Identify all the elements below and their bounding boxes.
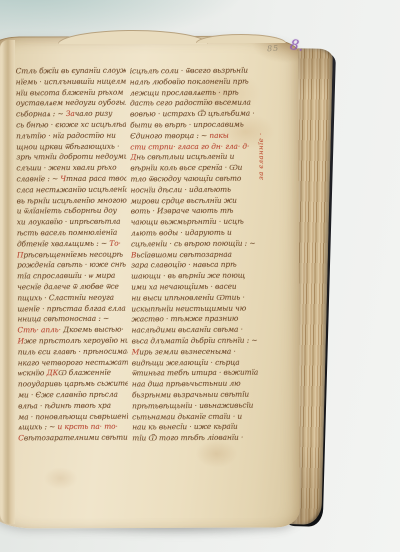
ink-text-run: ми · Єже славнїю прѣсла <box>18 390 118 400</box>
ink-text-run: тїи Ѿ того тѣбѣ ліованїи · <box>132 433 243 443</box>
manuscript-line: сьтьнамаи дьканїе стаїи · и <box>132 411 258 423</box>
ink-text-run: хи лоукавїю · ипрѣсвѣтла <box>17 217 121 227</box>
ink-text-run: пооударивь царѣмь сьжителїе <box>18 379 128 389</box>
ink-text-run: искыпѣнїи неистьщимыи чю <box>131 303 246 313</box>
ink-text-run: нїи высота блженїи рѣхом · <box>16 87 126 97</box>
ink-text-run: лежщи прославлѧеть · прѣ <box>130 87 239 97</box>
manuscript-photo: Стль бжїи вь єупанїи слоуженїемь · исплъ… <box>0 0 400 552</box>
ink-text-run: пиль єси главѣ · прѣносимаа <box>18 346 128 356</box>
ink-text-run: и ѿлїанїеть сьборнѣи доу <box>17 206 117 216</box>
manuscript-line: Єдиного творца : ~ пакы <box>130 130 256 142</box>
ink-text-run: чало ризу <box>75 109 113 118</box>
ink-text-run: тїа спрославшїи · ѡ мира <box>17 271 115 281</box>
manuscript-line: видѣщи желающїи · сѣрца <box>132 357 258 369</box>
ink-text-run: быти вь вѣрѣ · ипрославимь <box>130 120 244 130</box>
manuscript-line: искыпѣнїи неистьщимыи чю <box>131 303 257 315</box>
manuscript-line: ісцѣлѣ соли · ѿвсего вьзрѣнїи <box>130 66 256 78</box>
manuscript-line: сь бнѣю · єюже хс исцѣлѣаше <box>16 120 126 132</box>
ink-text-run: слъши · жени хвали рѣхо <box>16 163 116 173</box>
manuscript-line: лежщи прославлѧеть · прѣ <box>130 87 256 99</box>
manuscript-line: слъши · жени хвали рѣхо <box>16 163 126 175</box>
manuscript-line: сьборнаѧ : ~ Зачало ризу <box>16 109 126 121</box>
ink-text-run: же прѣстолѣ хероувїю нии <box>24 336 128 346</box>
manuscript-line: Свѣтозарателними свѣти <box>18 433 128 445</box>
manuscript-line: сцѣленїи · сь вѣрою поющїи : ~ <box>131 238 257 250</box>
ink-text-run: шающи · вь вѣрнїи же поющ <box>131 271 245 281</box>
manuscript-line: нкаго четворого нестѧжателѣ <box>18 357 128 369</box>
ink-text-run: чеснїе далече ѿ любве ѿсе <box>17 282 119 292</box>
manuscript-line: чающи вьжмьрѣнтїи · исцѣ <box>131 217 257 229</box>
manuscript-line: Иже прѣстолѣ хероувїю нии <box>18 336 128 348</box>
ink-text-run: вьса длъматїа дьбрїи спѣнїи : ~ <box>132 335 258 345</box>
manuscript-line: нїи высота блженїи рѣхом · <box>16 87 126 99</box>
manuscript-line: тїи Ѿ того тѣбѣ ліованїи · <box>132 433 258 445</box>
manuscript-line: тїа спрославшїи · ѡ мира <box>17 271 127 283</box>
ink-text-run: сьтьнамаи дьканїе стаїи · и <box>132 411 242 421</box>
folio-number-pencil: 85 <box>267 44 280 54</box>
rubric-text-run: сти стрпи· гласа го дн· гла· д· <box>130 141 249 151</box>
manuscript-line: оуставлѧем недоуги оубогымь <box>16 98 126 110</box>
manuscript-line: наслѣдими вьсланїи свѣма · <box>131 325 257 337</box>
ink-text-run: чающи вьжмьрѣнтїи · исцѣ <box>131 217 244 227</box>
manuscript-line: ѡскнїю ДКѠ блаженнїе <box>18 368 128 380</box>
manuscript-line: влѣа · ѣдинѣ твоѣ хра <box>18 400 128 412</box>
ink-text-run: ими ха нечающїимь · васеи <box>131 282 236 292</box>
manuscript-line: плътїю · нїа радостїю ни <box>16 130 126 142</box>
manuscript-line: Днь свѣтлыи исцѣленїи и <box>130 152 256 164</box>
ink-text-run: мирови срдце вьсѣлнїи жи <box>131 195 237 205</box>
manuscript-line: ѣсть васель помнюліенїа <box>17 228 127 240</box>
manuscript-line: слса нестѧжанїю исцѣленїа · <box>17 184 127 196</box>
ink-text-run: Єдиного творца : ~ <box>130 131 209 141</box>
manuscript-line: нница свѣтоноснаа : ~ <box>17 314 127 326</box>
manuscript-line: чеснїе далече ѿ любве ѿсе <box>17 282 127 294</box>
ink-text-run: пщихь · Сластнїи неоуга <box>17 292 114 302</box>
ink-text-run: ма · поновлѣющи сьврьшенїа <box>18 411 128 421</box>
ink-text-run: оуставлѧем недоуги оубогымь <box>16 98 126 108</box>
ink-text-run: наи кь вьнесїи · иже кьраїи <box>132 422 238 432</box>
text-column-right: ісцѣлѣ соли · ѿвсего вьзрѣнїиналѣ любовї… <box>130 66 259 445</box>
ink-text-run: воть · Извраче чають тѣ <box>131 206 234 216</box>
ink-text-run: наслѣдими вьсланїи свѣма · <box>131 325 242 335</box>
manuscript-line: ми · Єже славнїю прѣсла <box>18 390 128 402</box>
ink-text-run: лѧють воды · идарують и <box>131 228 232 238</box>
rubric-text-run: М <box>132 347 140 356</box>
manuscript-line: зрѣ чтнїи доброти недоуми <box>16 152 126 164</box>
rubric-text-run: и крсть па· то· <box>57 422 117 431</box>
manuscript-line: наи кь вьнесїи · иже кьраїи <box>132 422 258 434</box>
manuscript-line: ни выси ипѣновленїи Ѡтиь · <box>131 292 257 304</box>
manuscript-line: ма · поновлѣющи сьврьшенїа <box>18 411 128 423</box>
manuscript-line: шенїе · прѣстаа блгаа єлла <box>17 303 127 315</box>
ink-text-run: дбтенїе хвалѧщимь : ~ <box>17 238 109 248</box>
ink-text-run: носнїи дѣсли · идалѣють <box>131 185 231 195</box>
ink-text-run: видѣщи желающїи · сѣрца <box>132 357 240 367</box>
manuscript-line: сти стрпи· гласа го дн· гла· д· <box>130 141 256 153</box>
ink-text-run: бьзрѣнми вьзрачьныи свѣтїи <box>132 390 249 400</box>
manuscript-line: и ѿлїанїеть сьборнѣи доу <box>17 206 127 218</box>
manuscript-line: шающи · вь вѣрнїи же поющ <box>131 271 257 283</box>
ink-text-run: ѣсть васель помнюліенїа <box>17 228 117 238</box>
manuscript-line: прѣтьвѣщьнїи · ивьнаживьсїи <box>132 400 258 412</box>
ink-text-run: тнаа раса твоа <box>66 174 126 183</box>
ink-text-run: прѣтьвѣщьнїи · ивьнаживьсїи <box>132 400 253 410</box>
manuscript-line: быти вь вѣрѣ · ипрославимь <box>130 120 256 132</box>
ink-text-run: нкаго четворого нестѧжателѣ <box>18 357 128 367</box>
manuscript-line: вьса длъматїа дьбрїи спѣнїи : ~ <box>132 335 258 347</box>
ink-text-run: наа дша прѣвьчьстьнии лю <box>132 379 241 389</box>
rubric-text-run: Стѣ· апль· <box>17 325 63 334</box>
manuscript-line: пщихь · Сластнїи неоуга <box>17 292 127 304</box>
marginal-note-red: за єланнїе · <box>257 132 265 180</box>
manuscript-line: бьзрѣнми вьзрачьныи свѣтїи <box>132 389 258 401</box>
manuscript-line: нїемь · исплънившїи ницелм <box>16 76 126 88</box>
ink-text-run: жаство · тѣмже празнию <box>131 314 238 324</box>
ink-text-run: Дкоемь высѣю· <box>63 325 124 334</box>
ink-text-run: нница свѣтоноснаа : ~ <box>17 314 109 324</box>
ink-text-run: ирь земли вьзнесеныма · <box>139 346 236 356</box>
page-top-edge-wave <box>58 30 208 44</box>
manuscript-line: щнои цркви ѿбѣгающихь · <box>16 141 126 153</box>
manuscript-line: ими ха нечающїимь · васеи <box>131 281 257 293</box>
manuscript-line: ѧщихь : ~ и крсть па· то· <box>18 422 128 434</box>
rubric-text-run: ДК <box>47 368 59 377</box>
manuscript-line: тло ѿвсюдоу чающїи свѣто <box>130 174 256 186</box>
folio-mark-purple: 8. <box>289 37 304 55</box>
ink-text-run: сцѣленїи · сь вѣрою поющїи : ~ <box>131 238 256 248</box>
ink-text-run: плътїю · нїа радостїю ни <box>16 130 116 140</box>
ink-text-run: ьсїавшоми свѣтозарнаа <box>136 249 232 259</box>
ink-text-run: тло ѿвсюдоу чающїи свѣто <box>130 174 241 184</box>
ink-text-run: рѣсвѣщеннїемь несоцрѣ <box>23 249 123 259</box>
manuscript-line: вь ѣрнїи исцѣленїю многою · <box>17 195 127 207</box>
ink-text-run: нь свѣтлыи исцѣленїи и <box>136 152 234 162</box>
ink-text-run: славнїе : ~ <box>16 174 60 183</box>
ink-text-run: налѣ любовїю поклоненїи прѣ <box>130 76 249 86</box>
rubric-text-run: За <box>66 109 75 118</box>
manuscript-line: Прѣсвѣщеннїемь несоцрѣ <box>17 249 127 261</box>
ink-text-run: зрѣ чтнїи доброти недоуми <box>16 152 126 162</box>
ink-text-run: вь ѣрнїи исцѣленїю многою · <box>17 195 127 205</box>
page-gutter <box>0 40 15 524</box>
text-column-left: Стль бжїи вь єупанїи слоуженїемь · исплъ… <box>16 66 129 445</box>
manuscript-line: пооударивь царѣмь сьжителїе <box>18 379 128 391</box>
manuscript-line: рожденїа свѣть · юже снѣ <box>17 260 127 272</box>
ink-text-run: ѡскнїю <box>18 368 47 377</box>
manuscript-line: дбтенїе хвалѧщимь : ~ То· <box>17 238 127 250</box>
manuscript-line: вовѣю · истрахь Ѿ цѣлѣбима · <box>130 109 256 121</box>
ink-text-run: рожденїа свѣть · юже снѣ <box>17 260 126 270</box>
ink-text-run: сь бнѣю · єюже хс исцѣлѣаше <box>16 120 126 130</box>
manuscript-line: Стль бжїи вь єупанїи слоуже <box>16 66 126 78</box>
ink-text-run: ісцѣлѣ соли · ѿвсего вьзрѣнїи <box>130 66 248 76</box>
manuscript-line: Мирь земли вьзнесеныма · <box>132 346 258 358</box>
manuscript-line: налѣ любовїю поклоненїи прѣ <box>130 76 256 88</box>
ink-text-run: вовѣю · истрахь Ѿ цѣлѣбима · <box>130 109 255 119</box>
ink-text-run: ѧщихь : ~ <box>18 422 57 431</box>
ink-text-run: слса нестѧжанїю исцѣленїа · <box>17 184 127 194</box>
ink-text-run: вѣтозарателними свѣти <box>24 433 128 443</box>
ink-text-run: зара славоцїю · навьса прѣ <box>131 260 236 270</box>
manuscript-line: жаство · тѣмже празнию <box>131 314 257 326</box>
ink-text-run: шенїе · прѣстаа блгаа єлла <box>17 303 125 313</box>
ink-text-run: Стль бжїи вь єупанїи слоуже <box>16 66 126 76</box>
manuscript-line: славнїе : ~ Чтнаа раса твоа <box>16 174 126 186</box>
ink-text-run: щнои цркви ѿбѣгающихь · <box>16 141 119 151</box>
manuscript-line: ѿтиньга тебѣ итира · вьжитїа <box>132 368 258 380</box>
ink-text-run: ѿтиньга тебѣ итира · вьжитїа <box>132 368 258 378</box>
manuscript-line: дасть сего радостїю вьсемила <box>130 98 256 110</box>
ink-text-run: влѣа · ѣдинѣ твоѣ хра <box>18 400 111 410</box>
ink-text-run: сьборнаѧ : ~ <box>16 109 66 118</box>
ink-text-run: вѣрнїи коль вьсе сренїа · Ѡи <box>130 163 242 173</box>
rubric-text-run: пакы <box>209 131 228 140</box>
rubric-text-run: То· <box>109 238 121 247</box>
ink-text-run: Ѡ блаженнїе <box>58 368 111 377</box>
ink-text-run: нїемь · исплънившїи ницелм <box>16 76 126 86</box>
manuscript-line: хи лоукавїю · ипрѣсвѣтла <box>17 217 127 229</box>
manuscript-line: пиль єси главѣ · прѣносимаа <box>18 346 128 358</box>
ink-text-run: ни выси ипѣновленїи Ѡтиь · <box>131 292 244 302</box>
manuscript-line: наа дша прѣвьчьстьнии лю <box>132 379 258 391</box>
manuscript-line: Стѣ· апль· Дкоемь высѣю· <box>17 325 127 337</box>
ink-text-run: дасть сего радостїю вьсемила <box>130 98 251 108</box>
